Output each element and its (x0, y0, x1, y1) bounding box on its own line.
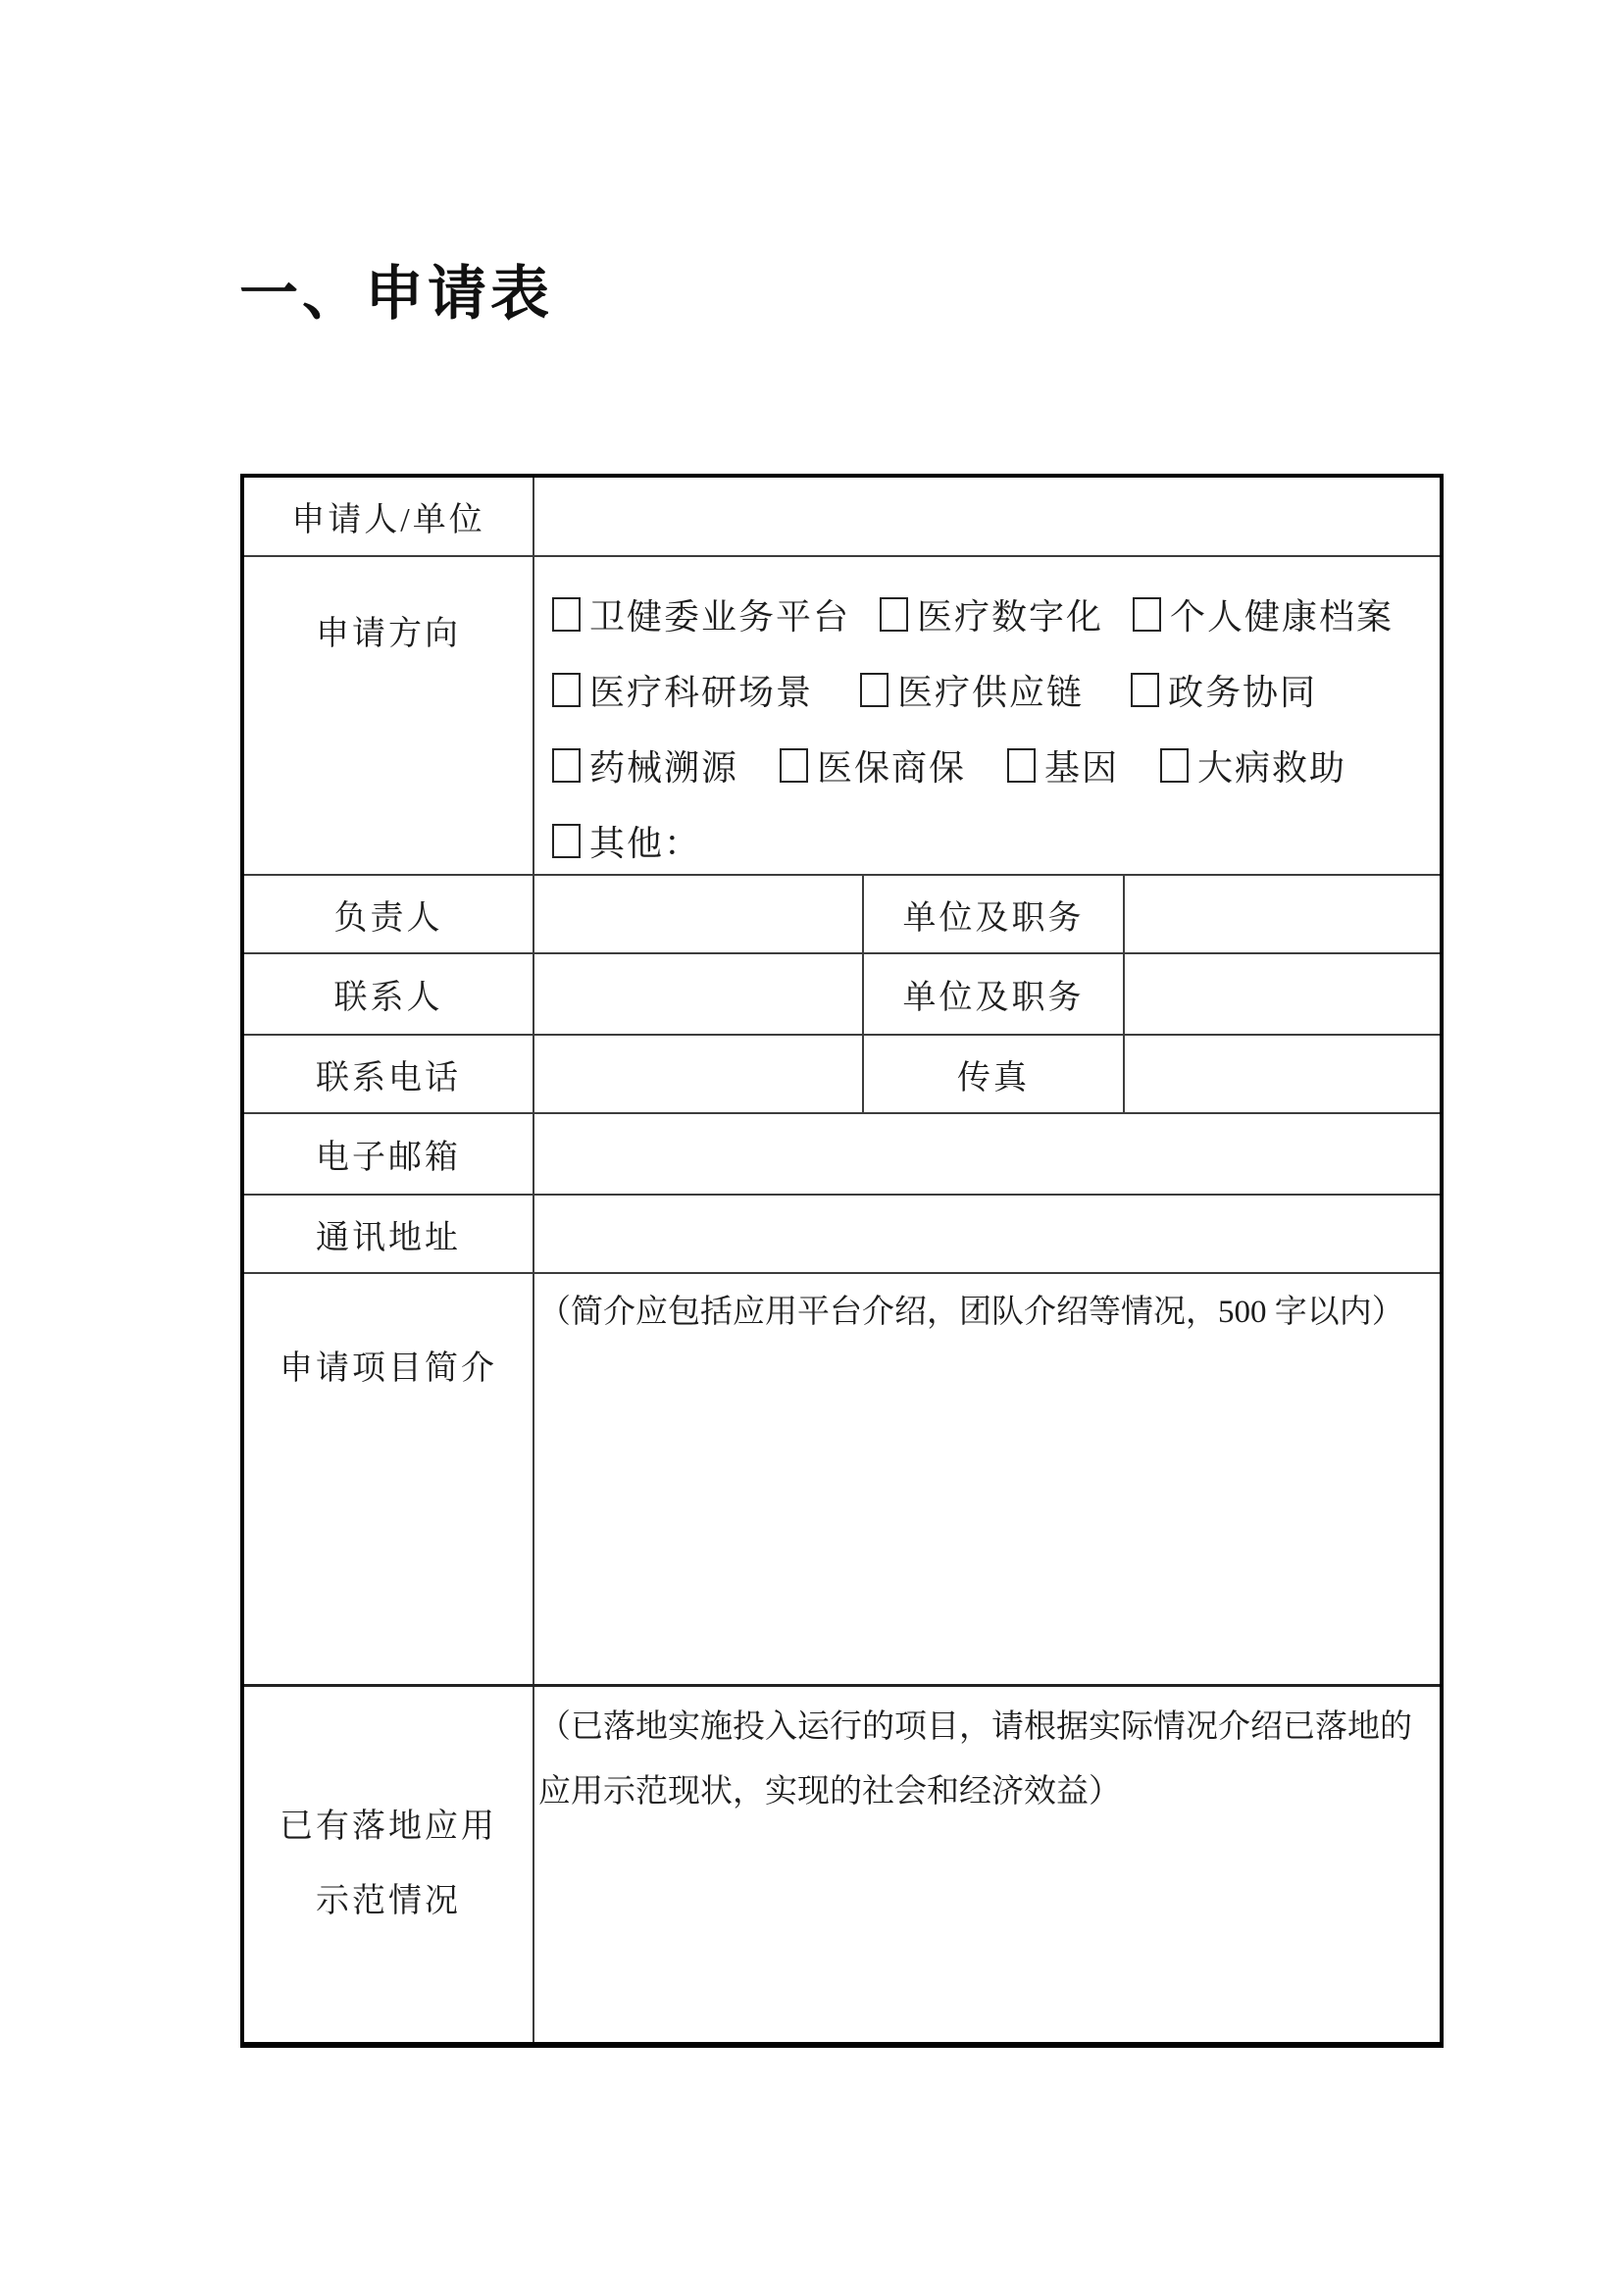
contact-label: 联系人 (334, 970, 443, 1018)
project-intro-label: 申请项目简介 (279, 1341, 497, 1389)
demo-status-label-line1: 已有落地应用 (279, 1790, 497, 1864)
direction-option-other: 其他： (552, 816, 701, 866)
checkbox-icon[interactable] (1007, 748, 1036, 783)
direction-option: 基因 (1007, 740, 1119, 790)
applicant-label-cell: 申请人/单位 (244, 478, 534, 555)
checkbox-icon[interactable] (880, 597, 908, 632)
checkbox-icon[interactable] (1131, 673, 1159, 707)
applicant-input-cell[interactable] (534, 478, 1440, 555)
checkbox-icon[interactable] (552, 748, 581, 783)
direction-option: 卫健委业务平台 (552, 589, 850, 639)
email-input-cell[interactable] (534, 1114, 1440, 1194)
direction-label-cell: 申请方向 (244, 557, 534, 874)
contact-input-cell[interactable] (534, 954, 864, 1034)
phone-label: 联系电话 (316, 1050, 461, 1098)
direction-option: 个人健康档案 (1133, 589, 1394, 639)
direction-option: 大病救助 (1160, 740, 1346, 790)
contact-unit-label-cell: 单位及职务 (864, 954, 1125, 1034)
direction-line-2: 医疗科研场景 医疗供应链 政务协同 (552, 652, 1440, 728)
direction-line-3: 药械溯源 医保商保 基因 大病救助 (552, 728, 1440, 803)
phone-input-cell[interactable] (534, 1036, 864, 1112)
demo-status-label: 已有落地应用 示范情况 (279, 1790, 497, 1939)
row-applicant: 申请人/单位 (244, 478, 1440, 555)
contact-unit-label: 单位及职务 (903, 970, 1085, 1018)
checkbox-icon[interactable] (1133, 597, 1161, 632)
row-phone: 联系电话 传真 (244, 1034, 1440, 1112)
demo-status-label-line2: 示范情况 (279, 1864, 497, 1939)
direction-option-label: 大病救助 (1197, 740, 1346, 790)
row-contact: 联系人 单位及职务 (244, 952, 1440, 1034)
direction-option: 政务协同 (1131, 665, 1317, 715)
address-label: 通讯地址 (316, 1210, 461, 1258)
direction-option: 医疗数字化 (880, 589, 1103, 639)
application-table: 申请人/单位 申请方向 卫健委业务平台 医疗数字化 (240, 474, 1444, 2048)
fax-label-cell: 传真 (864, 1036, 1125, 1112)
demo-status-input-cell[interactable]: （已落地实施投入运行的项目，请根据实际情况介绍已落地的应用示范现状，实现的社会和… (534, 1687, 1440, 2042)
contact-label-cell: 联系人 (244, 954, 534, 1034)
checkbox-icon[interactable] (860, 673, 888, 707)
address-input-cell[interactable] (534, 1196, 1440, 1272)
row-leader: 负责人 单位及职务 (244, 874, 1440, 952)
fax-label: 传真 (957, 1050, 1030, 1098)
direction-option: 医保商保 (780, 740, 966, 790)
direction-line-1: 卫健委业务平台 医疗数字化 个人健康档案 (552, 577, 1440, 652)
row-demo-status: 已有落地应用 示范情况 （已落地实施投入运行的项目，请根据实际情况介绍已落地的应… (244, 1684, 1440, 2042)
row-email: 电子邮箱 (244, 1112, 1440, 1194)
checkbox-icon[interactable] (1160, 748, 1189, 783)
direction-option-label: 其他： (589, 816, 701, 866)
direction-option-label: 卫健委业务平台 (589, 589, 850, 639)
leader-label-cell: 负责人 (244, 876, 534, 952)
row-address: 通讯地址 (244, 1194, 1440, 1272)
row-direction: 申请方向 卫健委业务平台 医疗数字化 个人健康档案 (244, 555, 1440, 874)
direction-option: 药械溯源 (552, 740, 738, 790)
direction-option-label: 医疗供应链 (897, 665, 1084, 715)
contact-unit-input-cell[interactable] (1125, 954, 1440, 1034)
direction-label: 申请方向 (316, 606, 461, 654)
document-page: 一、申请表 申请人/单位 申请方向 卫健委业务平台 (0, 0, 1624, 2294)
fax-input-cell[interactable] (1125, 1036, 1440, 1112)
demo-status-hint: （已落地实施投入运行的项目，请根据实际情况介绍已落地的应用示范现状，实现的社会和… (538, 1695, 1430, 1824)
email-label: 电子邮箱 (316, 1130, 461, 1178)
direction-option-label: 政务协同 (1168, 665, 1317, 715)
checkbox-icon[interactable] (552, 824, 581, 858)
direction-option-label: 医疗科研场景 (589, 665, 813, 715)
project-intro-label-cell: 申请项目简介 (244, 1274, 534, 1684)
direction-line-4: 其他： (552, 803, 1440, 879)
direction-options-cell: 卫健委业务平台 医疗数字化 个人健康档案 医疗科研场景 (534, 557, 1440, 874)
direction-option-label: 基因 (1044, 740, 1119, 790)
project-intro-input-cell[interactable]: （简介应包括应用平台介绍，团队介绍等情况，500 字以内） (534, 1274, 1440, 1684)
demo-status-label-cell: 已有落地应用 示范情况 (244, 1687, 534, 2042)
page-title: 一、申请表 (239, 247, 553, 331)
row-project-intro: 申请项目简介 （简介应包括应用平台介绍，团队介绍等情况，500 字以内） (244, 1272, 1440, 1684)
leader-unit-label: 单位及职务 (903, 891, 1085, 939)
leader-unit-input-cell[interactable] (1125, 876, 1440, 952)
address-label-cell: 通讯地址 (244, 1196, 534, 1272)
checkbox-icon[interactable] (552, 673, 581, 707)
direction-option: 医疗科研场景 (552, 665, 813, 715)
direction-option: 医疗供应链 (860, 665, 1084, 715)
leader-label: 负责人 (334, 891, 443, 939)
leader-input-cell[interactable] (534, 876, 864, 952)
project-intro-hint: （简介应包括应用平台介绍，团队介绍等情况，500 字以内） (538, 1280, 1430, 1345)
direction-option-label: 药械溯源 (589, 740, 738, 790)
direction-option-label: 医保商保 (817, 740, 966, 790)
phone-label-cell: 联系电话 (244, 1036, 534, 1112)
checkbox-icon[interactable] (552, 597, 581, 632)
direction-option-label: 个人健康档案 (1170, 589, 1394, 639)
leader-unit-label-cell: 单位及职务 (864, 876, 1125, 952)
direction-option-label: 医疗数字化 (917, 589, 1103, 639)
checkbox-icon[interactable] (780, 748, 808, 783)
applicant-label: 申请人/单位 (291, 492, 484, 540)
email-label-cell: 电子邮箱 (244, 1114, 534, 1194)
